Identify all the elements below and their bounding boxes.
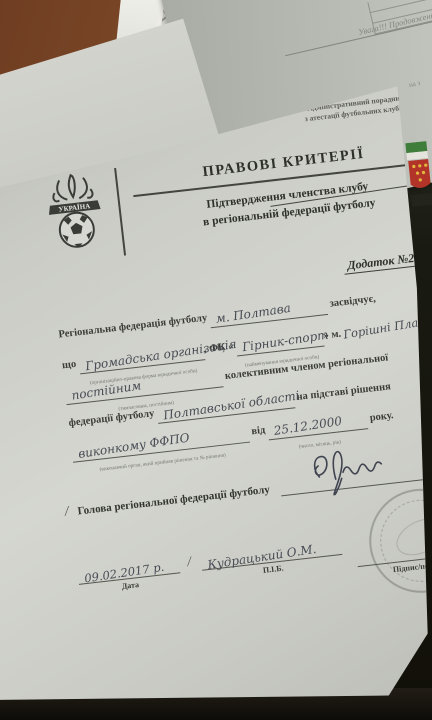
- document-footer: 09.02.2017 р. Дата / Кудрацький О.М. П.І…: [77, 520, 432, 596]
- attention-note-continuation: на з: [408, 79, 421, 89]
- legal-form-blank: Громадська організація (організаційно-пр…: [78, 344, 205, 374]
- line5-suffix: року.: [369, 410, 394, 424]
- header-divider-line: [114, 168, 126, 256]
- pen-mark: /: [65, 504, 70, 521]
- annex-label: Додаток №2: [343, 251, 420, 275]
- decision-date-blank: 25.12.2000 (число, місяць, рік): [267, 413, 368, 440]
- line1-prefix: Регіональна федерація футболу: [58, 313, 208, 341]
- federation-city-handwriting: м. Полтава: [215, 298, 293, 329]
- club-name-blank: Гірник-спорт (найменування юридичної осо…: [236, 331, 325, 357]
- form-body: Регіональна федерація футболу м. Полтава…: [58, 284, 432, 463]
- pen-mark: /: [187, 554, 192, 571]
- stamp-cell: Підпис/печатка: [356, 534, 432, 578]
- signature-label: Голова регіональної федерації футболу: [77, 484, 270, 518]
- signature-scribble: [302, 437, 397, 499]
- line2-prefix: що: [62, 359, 77, 372]
- title-block: ПРАВОВІ КРИТЕРІЇ Підтвердження членства …: [130, 130, 432, 239]
- ffu-emblem: УКРАЇНА: [38, 168, 112, 264]
- name-cell: / Кудрацький О.М. П.І.Б.: [200, 536, 344, 582]
- line4-suffix: на підставі рішення: [296, 382, 391, 404]
- date-cell: 09.02.2017 р. Дата: [77, 555, 182, 596]
- line5-mid: від: [251, 425, 266, 438]
- photo-scene: 000 000 003 Увага!!! Продовження на з Ад…: [0, 0, 432, 720]
- trident-icon: [51, 173, 93, 202]
- line1-suffix: засвідчує,: [329, 294, 376, 310]
- federation-city-blank: м. Полтава: [209, 299, 328, 328]
- football-icon: [58, 211, 96, 249]
- decision-body-blank: виконкому ФФПО (виконавчий орган, який п…: [71, 427, 250, 463]
